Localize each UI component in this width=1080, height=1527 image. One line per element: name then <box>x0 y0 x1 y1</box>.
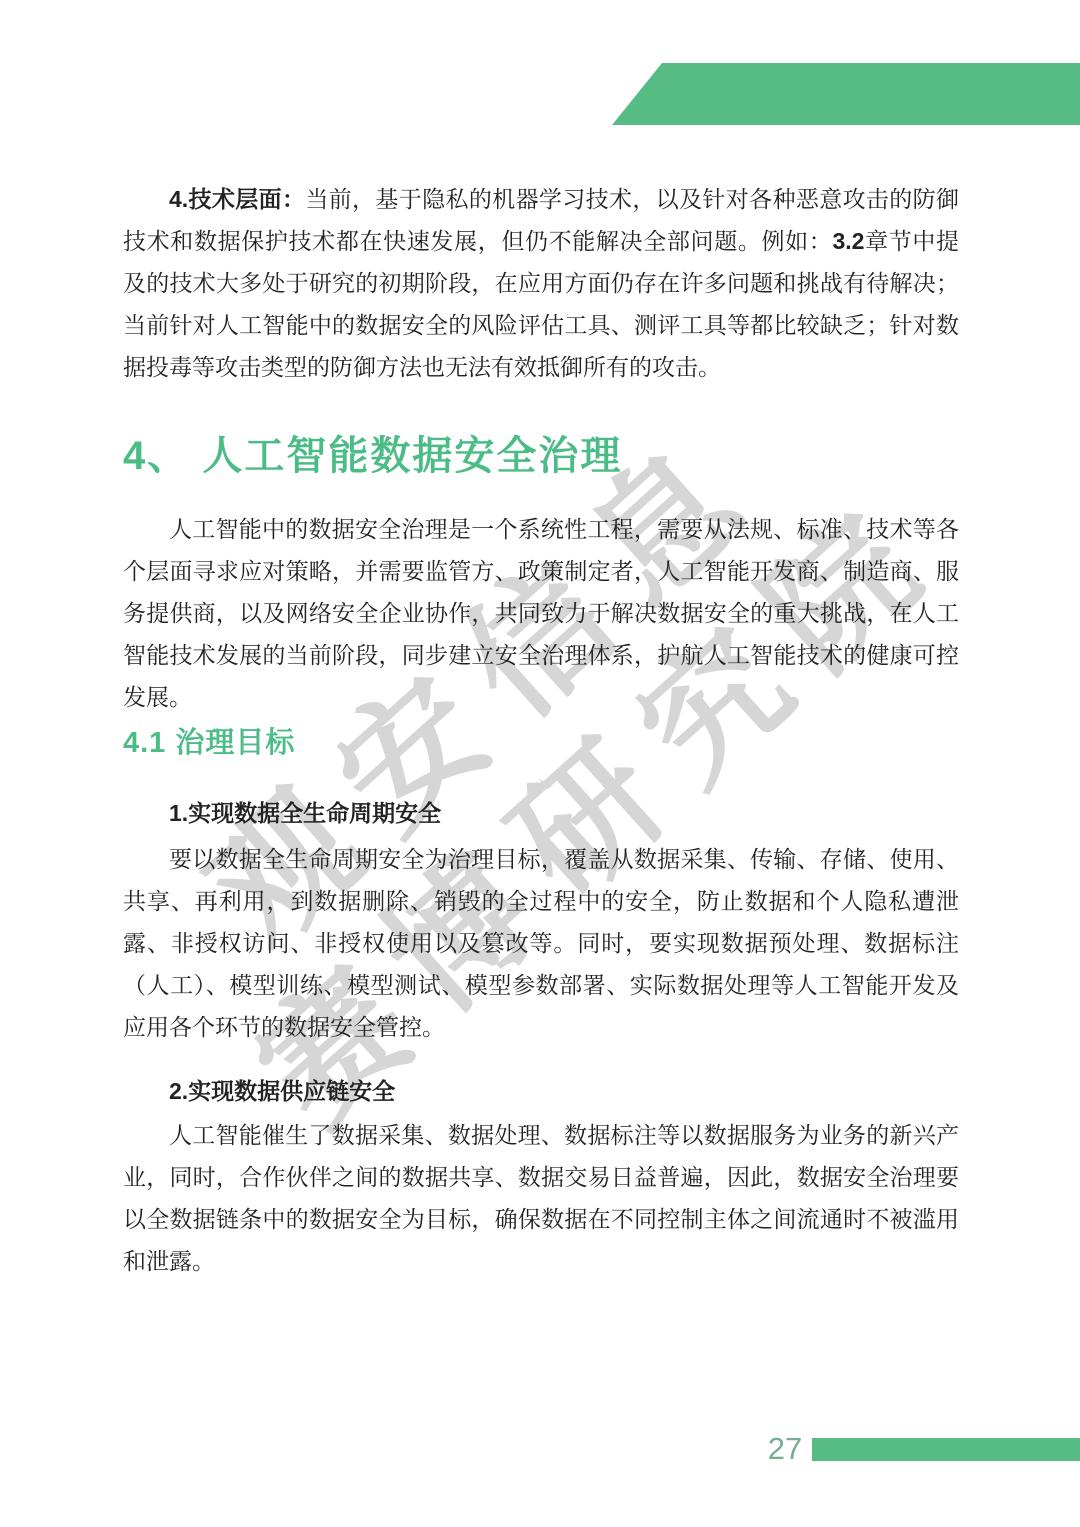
bold-subheading: 2.实现数据供应链安全 <box>123 1070 959 1112</box>
page-number: 27 <box>762 1432 808 1466</box>
bold-text-run: 4.技术层面： <box>169 186 305 212</box>
subsection-heading: 4.1 治理目标 <box>123 724 959 762</box>
text-column: 4.技术层面：当前，基于隐私的机器学习技术，以及针对各种恶意攻击的防御技术和数据… <box>123 178 959 1282</box>
paragraph: 人工智能中的数据安全治理是一个系统性工程，需要从法规、标准、技术等各个层面寻求应… <box>123 508 959 718</box>
section-heading: 4、 人工智能数据安全治理 <box>123 432 959 480</box>
top-banner-parallelogram <box>612 63 1080 125</box>
paragraph: 4.技术层面：当前，基于隐私的机器学习技术，以及针对各种恶意攻击的防御技术和数据… <box>123 178 959 388</box>
paragraph: 人工智能催生了数据采集、数据处理、数据标注等以数据服务为业务的新兴产业，同时，合… <box>123 1114 959 1282</box>
document-page: 观安信息 赛博研究院 4.技术层面：当前，基于隐私的机器学习技术，以及针对各种恶… <box>0 0 1080 1527</box>
text-run: 人工智能催生了数据采集、数据处理、数据标注等以数据服务为业务的新兴产业，同时，合… <box>123 1122 959 1274</box>
paragraph: 要以数据全生命周期安全为治理目标，覆盖从数据采集、传输、存储、使用、共享、再利用… <box>123 838 959 1048</box>
text-run: 人工智能中的数据安全治理是一个系统性工程，需要从法规、标准、技术等各个层面寻求应… <box>123 516 959 710</box>
footer-bar <box>812 1438 1080 1461</box>
bold-subheading: 1.实现数据全生命周期安全 <box>123 792 959 834</box>
text-run: 要以数据全生命周期安全为治理目标，覆盖从数据采集、传输、存储、使用、共享、再利用… <box>123 846 959 1040</box>
bold-text-run: 3.2 <box>832 228 864 254</box>
